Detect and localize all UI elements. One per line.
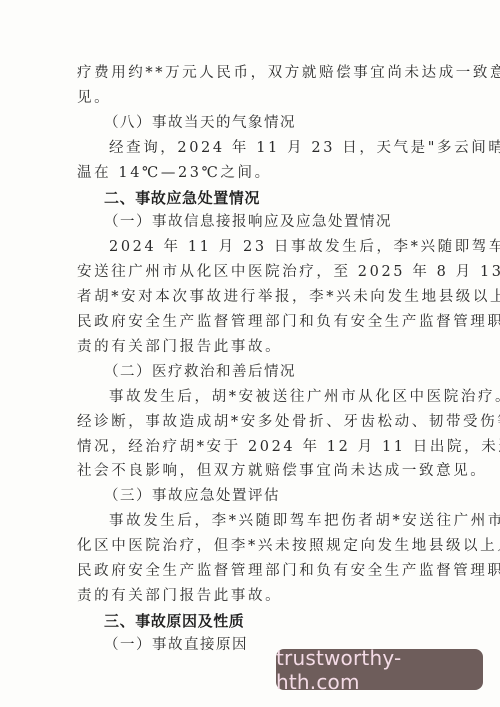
paragraph-line: 情况，经治疗胡*安于 2024 年 12 月 11 日出院，未造成其他 (77, 437, 427, 457)
paragraph-line: 民政府安全生产监督管理部门和负有安全生产监督管理职 (77, 312, 427, 332)
paragraph-line: 民政府安全生产监督管理部门和负有安全生产监督管理职 (77, 561, 427, 581)
paragraph-line: 见。 (77, 88, 427, 108)
section-heading: 三、事故原因及性质 (104, 611, 454, 631)
paragraph-line: 经诊断，事故造成胡*安多处骨折、牙齿松动、韧带受伤等 (77, 412, 427, 432)
paragraph-line: 者胡*安对本次事故进行举报，李*兴未向发生地县级以上人 (77, 287, 427, 307)
paragraph-line: 2024 年 11 月 23 日事故发生后，李*兴随即驾车把胡* (109, 237, 427, 257)
paragraph-line: 事故发生后，李*兴随即驾车把伤者胡*安送往广州市从 (109, 511, 427, 531)
paragraph-line: 化区中医院治疗，但李*兴未按照规定向发生地县级以上人 (77, 536, 427, 556)
paragraph-line: 事故发生后，胡*安被送往广州市从化区中医院治疗。 (109, 387, 427, 407)
document-page: 疗费用约**万元人民币，双方就赔偿事宜尚未达成一致意 见。 （八）事故当天的气象… (0, 0, 500, 707)
paragraph-line: 责的有关部门报告此事故。 (77, 337, 427, 357)
section-subheading: （二）医疗救治和善后情况 (104, 362, 454, 382)
watermark-text: trustworthy-hth.com (276, 646, 483, 694)
paragraph-line: 疗费用约**万元人民币，双方就赔偿事宜尚未达成一致意 (77, 63, 427, 83)
section-subheading: （八）事故当天的气象情况 (104, 113, 454, 133)
section-heading: 二、事故应急处置情况 (104, 188, 454, 208)
paragraph-line: 经查询，2024 年 11 月 23 日，天气是"多云间晴"，气 (109, 138, 427, 158)
paragraph-line: 安送往广州市从化区中医院治疗，至 2025 年 8 月 13 日，伤 (77, 262, 427, 282)
paragraph-line: 社会不良影响，但双方就赔偿事宜尚未达成一致意见。 (77, 461, 427, 481)
section-subheading: （一）事故信息接报响应及应急处置情况 (104, 212, 454, 232)
watermark-badge: trustworthy-hth.com (276, 649, 483, 690)
section-subheading: （三）事故应急处置评估 (104, 486, 454, 506)
paragraph-line: 责的有关部门报告此事故。 (77, 586, 427, 606)
paragraph-line: 温在 14℃—23℃之间。 (77, 163, 427, 183)
